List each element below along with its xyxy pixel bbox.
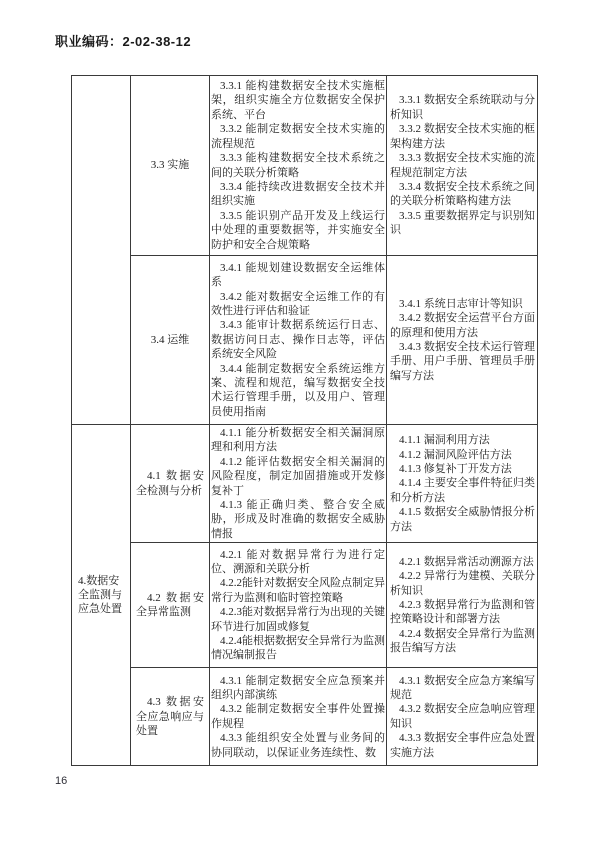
- category-label: 4.3 数据安全应急响应与处置: [136, 695, 204, 738]
- table-row-4-2: 4.2 数据安全异常监测 4.2.1 能对数据异常行为进行定位、溯源和关联分析4…: [72, 543, 538, 668]
- knowledge-list: 4.2.1 数据异常活动溯源方法4.2.2 异常行为建模、关联分析知识4.2.3…: [390, 555, 535, 656]
- knowledge-item: 4.2.4 数据安全异常行为监测报告编写方法: [390, 627, 535, 656]
- knowledge-list: 3.4.1 系统日志审计等知识3.4.2 数据安全运营平台方面的原理和使用方法3…: [390, 297, 535, 383]
- occupational-standard-table: 3.3 实施 3.3.1 能构建数据安全技术实施框架，组织实施全方位数据安全保护…: [71, 75, 538, 766]
- skill-item: 3.3.2 能制定数据安全技术实施的流程规范: [211, 122, 385, 151]
- skill-item: 4.2.4能根据数据安全异常行为监测情况编制报告: [211, 634, 385, 663]
- section-label: 4.数据安全监测与应急处置: [78, 574, 124, 617]
- skill-item: 4.2.2能针对数据安全风险点制定异常行为监测和临时管控策略: [211, 576, 385, 605]
- category-cell-3-3: 3.3 实施: [131, 76, 210, 256]
- page-number: 16: [55, 775, 67, 787]
- category-cell-3-4: 3.4 运维: [131, 256, 210, 425]
- knowledge-item: 4.3.1 数据安全应急方案编写规范: [390, 674, 535, 703]
- skills-list: 4.2.1 能对数据异常行为进行定位、溯源和关联分析4.2.2能针对数据安全风险…: [211, 548, 385, 663]
- skill-item: 4.1.3 能正确归类、整合安全威胁，形成及时准确的数据安全威胁情报: [211, 498, 385, 541]
- table-row-3-4: 3.4 运维 3.4.1 能规划建设数据安全运维体系3.4.2 能对数据安全运维…: [72, 256, 538, 425]
- knowledge-item: 3.4.1 系统日志审计等知识: [390, 297, 535, 311]
- knowledge-item: 4.1.5 数据安全威胁情报分析方法: [390, 505, 535, 534]
- skill-item: 3.3.5 能识别产品开发及上线运行中处理的重要数据等，并实施安全防护和安全合规…: [211, 209, 385, 252]
- skills-cell-3-3: 3.3.1 能构建数据安全技术实施框架，组织实施全方位数据安全保护系统、平台3.…: [210, 76, 387, 256]
- skill-item: 3.4.2 能对数据安全运维工作的有效性进行评估和验证: [211, 290, 385, 319]
- knowledge-cell-4-2: 4.2.1 数据异常活动溯源方法4.2.2 异常行为建模、关联分析知识4.2.3…: [387, 543, 538, 668]
- knowledge-item: 3.3.1 数据安全系统联动与分析知识: [390, 93, 535, 122]
- knowledge-item: 4.1.4 主要安全事件特征归类和分析方法: [390, 476, 535, 505]
- skills-cell-3-4: 3.4.1 能规划建设数据安全运维体系3.4.2 能对数据安全运维工作的有效性进…: [210, 256, 387, 425]
- knowledge-list: 3.3.1 数据安全系统联动与分析知识3.3.2 数据安全技术实施的框架构建方法…: [390, 93, 535, 237]
- knowledge-cell-4-3: 4.3.1 数据安全应急方案编写规范4.3.2 数据安全应急响应管理知识4.3.…: [387, 668, 538, 766]
- skill-item: 3.3.1 能构建数据安全技术实施框架，组织实施全方位数据安全保护系统、平台: [211, 79, 385, 122]
- skills-list: 4.1.1 能分析数据安全相关漏洞原理和利用方法4.1.2 能评估数据安全相关漏…: [211, 426, 385, 541]
- knowledge-item: 4.2.3 数据异常行为监测和管控策略设计和部署方法: [390, 598, 535, 627]
- skill-item: 3.3.4 能持续改进数据安全技术并组织实施: [211, 180, 385, 209]
- knowledge-list: 4.1.1 漏洞利用方法4.1.2 漏洞风险评估方法4.1.3 修复补丁开发方法…: [390, 433, 535, 534]
- skill-item: 4.3.3 能组织安全处置与业务间的协同联动，以保证业务连续性、数: [211, 731, 385, 760]
- knowledge-item: 4.1.2 漏洞风险评估方法: [390, 448, 535, 462]
- knowledge-item: 3.4.3 数据安全技术运行管理手册、用户手册、管理员手册编写方法: [390, 340, 535, 383]
- skill-item: 4.3.1 能制定数据安全应急预案并组织内部演练: [211, 674, 385, 703]
- skills-list: 4.3.1 能制定数据安全应急预案并组织内部演练4.3.2 能制定数据安全事件处…: [211, 674, 385, 760]
- knowledge-cell-3-3: 3.3.1 数据安全系统联动与分析知识3.3.2 数据安全技术实施的框架构建方法…: [387, 76, 538, 256]
- table-row-3-3: 3.3 实施 3.3.1 能构建数据安全技术实施框架，组织实施全方位数据安全保护…: [72, 76, 538, 256]
- category-cell-4-3: 4.3 数据安全应急响应与处置: [131, 668, 210, 766]
- skill-item: 3.4.1 能规划建设数据安全运维体系: [211, 261, 385, 290]
- skill-item: 4.1.1 能分析数据安全相关漏洞原理和利用方法: [211, 426, 385, 455]
- knowledge-item: 3.3.2 数据安全技术实施的框架构建方法: [390, 122, 535, 151]
- occupation-code-label: 职业编码：2-02-38-12: [55, 31, 191, 50]
- skill-item: 4.1.2 能评估数据安全相关漏洞的风险程度，制定加固措施或开发修复补丁: [211, 455, 385, 498]
- category-cell-4-2: 4.2 数据安全异常监测: [131, 543, 210, 668]
- skill-item: 3.3.3 能构建数据安全技术系统之间的关联分析策略: [211, 151, 385, 180]
- skills-cell-4-2: 4.2.1 能对数据异常行为进行定位、溯源和关联分析4.2.2能针对数据安全风险…: [210, 543, 387, 668]
- knowledge-item: 4.3.2 数据安全应急响应管理知识: [390, 702, 535, 731]
- knowledge-item: 4.1.3 修复补丁开发方法: [390, 462, 535, 476]
- skills-cell-4-1: 4.1.1 能分析数据安全相关漏洞原理和利用方法4.1.2 能评估数据安全相关漏…: [210, 425, 387, 543]
- table-row-4-1: 4.数据安全监测与应急处置 4.1 数据安全检测与分析 4.1.1 能分析数据安…: [72, 425, 538, 543]
- knowledge-item: 3.3.3 数据安全技术实施的流程规范制定方法: [390, 151, 535, 180]
- category-label: 4.2 数据安全异常监测: [136, 591, 204, 620]
- knowledge-item: 3.3.5 重要数据界定与识别知识: [390, 209, 535, 238]
- skill-item: 4.2.1 能对数据异常行为进行定位、溯源和关联分析: [211, 548, 385, 577]
- skill-item: 4.2.3能对数据异常行为出现的关键环节进行加固或修复: [211, 605, 385, 634]
- category-label: 3.3 实施: [131, 158, 209, 172]
- skills-list: 3.4.1 能规划建设数据安全运维体系3.4.2 能对数据安全运维工作的有效性进…: [211, 261, 385, 419]
- skills-cell-4-3: 4.3.1 能制定数据安全应急预案并组织内部演练4.3.2 能制定数据安全事件处…: [210, 668, 387, 766]
- skills-list: 3.3.1 能构建数据安全技术实施框架，组织实施全方位数据安全保护系统、平台3.…: [211, 79, 385, 252]
- section-cell-4: 4.数据安全监测与应急处置: [72, 425, 131, 766]
- category-cell-4-1: 4.1 数据安全检测与分析: [131, 425, 210, 543]
- skill-item: 3.4.4 能制定数据安全系统运维方案、流程和规范，编写数据安全技术运行管理手册…: [211, 362, 385, 420]
- knowledge-item: 4.2.1 数据异常活动溯源方法: [390, 555, 535, 569]
- knowledge-item: 3.3.4 数据安全技术系统之间的关联分析策略构建方法: [390, 180, 535, 209]
- knowledge-list: 4.3.1 数据安全应急方案编写规范4.3.2 数据安全应急响应管理知识4.3.…: [390, 674, 535, 760]
- knowledge-item: 4.3.3 数据安全事件应急处置实施方法: [390, 731, 535, 760]
- section-cell-continued: [72, 76, 131, 425]
- skill-item: 4.3.2 能制定数据安全事件处置操作规程: [211, 702, 385, 731]
- knowledge-item: 4.1.1 漏洞利用方法: [390, 433, 535, 447]
- knowledge-item: 3.4.2 数据安全运营平台方面的原理和使用方法: [390, 311, 535, 340]
- knowledge-cell-3-4: 3.4.1 系统日志审计等知识3.4.2 数据安全运营平台方面的原理和使用方法3…: [387, 256, 538, 425]
- knowledge-cell-4-1: 4.1.1 漏洞利用方法4.1.2 漏洞风险评估方法4.1.3 修复补丁开发方法…: [387, 425, 538, 543]
- category-label: 3.4 运维: [131, 333, 209, 347]
- knowledge-item: 4.2.2 异常行为建模、关联分析知识: [390, 569, 535, 598]
- table-row-4-3: 4.3 数据安全应急响应与处置 4.3.1 能制定数据安全应急预案并组织内部演练…: [72, 668, 538, 766]
- category-label: 4.1 数据安全检测与分析: [136, 469, 204, 498]
- skill-item: 3.4.3 能审计数据系统运行日志、数据访问日志、操作日志等，评估系统安全风险: [211, 318, 385, 361]
